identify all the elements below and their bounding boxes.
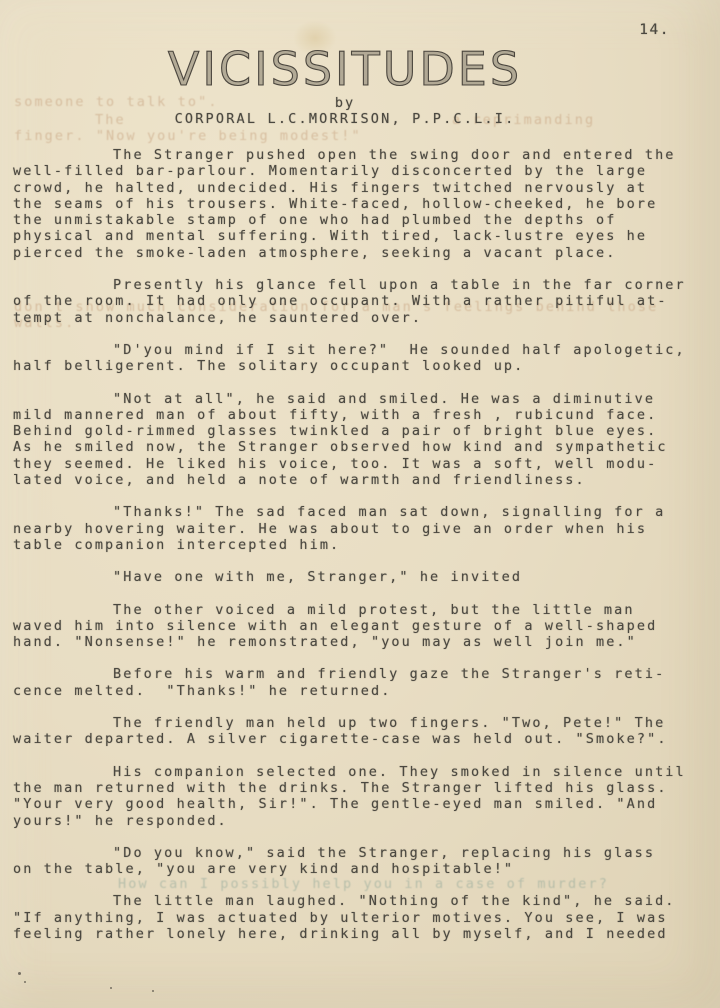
story-paragraph: "Have one with me, Stranger," he invited <box>13 569 710 585</box>
story-paragraph: "D'you mind if I sit here?" He sounded h… <box>13 342 710 375</box>
story-paragraph: His companion selected one. They smoked … <box>13 764 710 829</box>
story-title: VICISSITUDES <box>0 42 690 96</box>
story-paragraph: Presently his glance fell upon a table i… <box>13 277 710 326</box>
story-paragraph: The friendly man held up two fingers. "T… <box>13 715 710 748</box>
author-line: CORPORAL L.C.MORRISON, P.P.C.L.I. <box>0 111 690 127</box>
story-paragraph: The other voiced a mild protest, but the… <box>13 602 710 651</box>
ink-speck <box>152 990 154 992</box>
byline: by <box>0 95 690 111</box>
page-number: 14. <box>639 22 670 38</box>
ink-speck <box>24 981 26 983</box>
story-paragraph: The Stranger pushed open the swing door … <box>13 147 710 261</box>
story-paragraph: "Do you know," said the Stranger, replac… <box>13 845 710 878</box>
ink-speck <box>18 972 21 975</box>
story-paragraph: "Not at all", he said and smiled. He was… <box>13 391 710 489</box>
story-body: The Stranger pushed open the swing door … <box>13 147 710 958</box>
ink-speck <box>110 987 112 989</box>
ghost-text: finger. "Now you're being modest!" <box>14 128 362 144</box>
story-paragraph: The little man laughed. "Nothing of the … <box>13 893 710 942</box>
document-page: 14. someone to talk to". The a reprimand… <box>0 0 720 1008</box>
story-paragraph: Before his warm and friendly gaze the St… <box>13 666 710 699</box>
story-paragraph: "Thanks!" The sad faced man sat down, si… <box>13 504 710 553</box>
